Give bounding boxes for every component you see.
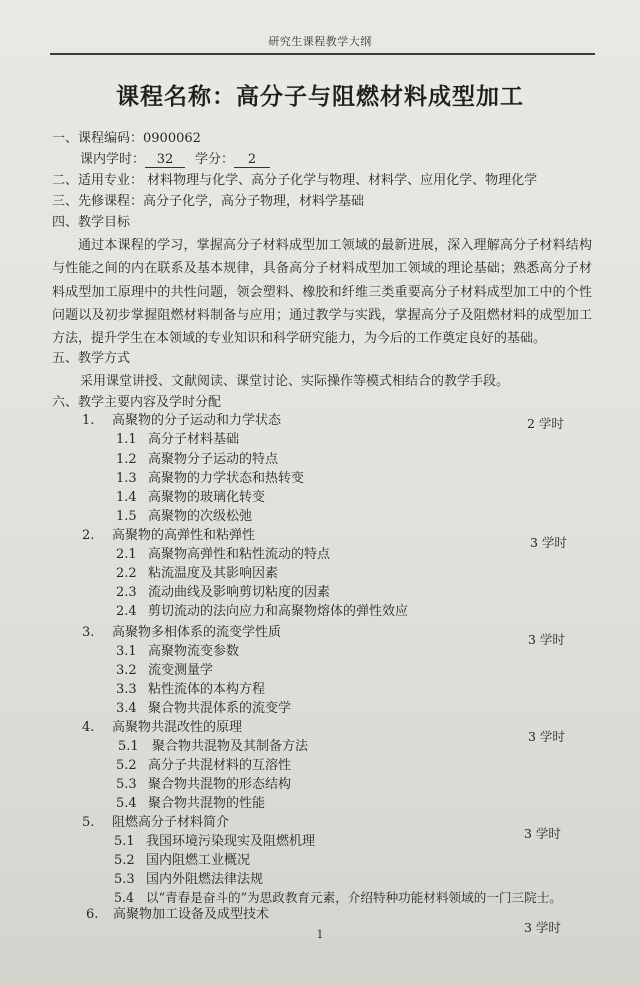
sub-title: 高聚物的力学状态和热转变 xyxy=(148,471,304,486)
chapter-hours: 3 学时 xyxy=(528,727,565,745)
sub-number: 5.4 xyxy=(116,795,148,813)
chapter-heading: 5.阻燃高分子材料简介 xyxy=(82,814,229,832)
majors-line: 二、适用专业： 材料物理与化学、高分子化学与物理、材料学、应用化学、物理化学 xyxy=(52,172,537,190)
sub-title: 高聚物的次级松弛 xyxy=(148,509,252,524)
sub-item: 1.1高分子材料基础 xyxy=(116,431,239,449)
chapter-title: 高聚物加工设备及成型技术 xyxy=(113,907,269,922)
sub-item: 1.5高聚物的次级松弛 xyxy=(116,508,252,526)
chapter-number: 4. xyxy=(82,719,112,737)
sub-item: 5.4以“青春是奋斗的”为思政教育元素，介绍特种功能材料领域的一门三院士。 xyxy=(114,889,562,907)
sub-title: 聚合物共混体系的流变学 xyxy=(148,701,291,716)
sub-title: 国内阻燃工业概况 xyxy=(146,853,250,868)
sub-number: 5.1 xyxy=(114,833,146,851)
header-rule xyxy=(50,53,595,55)
chapter-heading: 6.高聚物加工设备及成型技术 xyxy=(86,906,269,924)
sub-title: 以“青春是奋斗的”为思政教育元素，介绍特种功能材料领域的一门三院士。 xyxy=(146,890,562,905)
sub-title: 高聚物分子运动的特点 xyxy=(148,452,278,467)
chapter-title: 高聚物的高弹性和粘弹性 xyxy=(112,528,255,543)
sub-item: 2.4剪切流动的法向应力和高聚物熔体的弹性效应 xyxy=(116,603,408,621)
chapter-hours: 3 学时 xyxy=(528,630,565,648)
sub-title: 粘流温度及其影响因素 xyxy=(148,566,278,581)
methods-text: 采用课堂讲授、文献阅读、课堂讨论、实际操作等模式相结合的教学手段。 xyxy=(80,373,509,391)
document-page: 研究生课程教学大纲 课程名称：高分子与阻燃材料成型加工 一、课程编码：09000… xyxy=(0,0,640,986)
chapter-number: 6. xyxy=(86,906,113,924)
sub-item: 2.3流动曲线及影响剪切粘度的因素 xyxy=(116,584,330,602)
course-code-value: 0900062 xyxy=(143,131,201,146)
chapter-number: 5. xyxy=(82,814,112,832)
majors-label: 二、适用专业： xyxy=(52,173,143,188)
sub-item: 3.4聚合物共混体系的流变学 xyxy=(116,700,291,718)
sub-item: 5.4聚合物共混物的性能 xyxy=(116,795,265,813)
chapter-title: 高聚物共混改性的原理 xyxy=(112,720,242,735)
sub-title: 我国环境污染现实及阻燃机理 xyxy=(146,834,315,849)
sub-item: 1.2高聚物分子运动的特点 xyxy=(116,451,278,469)
sub-item: 5.2国内阻燃工业概况 xyxy=(114,852,250,870)
chapter-heading: 3.高聚物多相体系的流变学性质 xyxy=(82,624,281,642)
course-code-line: 一、课程编码：0900062 xyxy=(52,130,201,148)
sub-number: 5.2 xyxy=(114,852,146,870)
sub-number: 5.1 xyxy=(118,738,152,756)
sub-title: 高聚物流变参数 xyxy=(148,644,239,659)
sub-title: 流变测量学 xyxy=(148,663,213,678)
chapter-hours: 3 学时 xyxy=(524,824,561,842)
prereq-value: 高分子化学，高分子物理，材料学基础 xyxy=(143,194,364,209)
objectives-heading: 四、教学目标 xyxy=(52,214,130,232)
sub-number: 1.5 xyxy=(116,508,148,526)
sub-number: 1.3 xyxy=(116,470,148,488)
chapter-title: 阻燃高分子材料简介 xyxy=(112,815,229,830)
sub-title: 流动曲线及影响剪切粘度的因素 xyxy=(148,585,330,600)
sub-item: 2.1高聚物高弹性和粘性流动的特点 xyxy=(116,546,330,564)
sub-title: 高聚物的玻璃化转变 xyxy=(148,490,265,505)
sub-number: 3.3 xyxy=(116,681,148,699)
content-heading: 六、教学主要内容及学时分配 xyxy=(52,394,221,412)
sub-item: 3.2流变测量学 xyxy=(116,662,213,680)
sub-item: 5.3国内外阻燃法律法规 xyxy=(114,871,263,889)
course-title: 课程名称：高分子与阻燃材料成型加工 xyxy=(0,78,640,111)
course-code-label: 一、课程编码： xyxy=(52,131,143,146)
sub-item: 5.3聚合物共混物的形态结构 xyxy=(116,776,291,794)
sub-title: 聚合物共混物的形态结构 xyxy=(148,777,291,792)
chapter-hours: 3 学时 xyxy=(530,533,567,551)
sub-number: 3.1 xyxy=(116,643,148,661)
sub-item: 5.2高分子共混材料的互溶性 xyxy=(116,757,291,775)
sub-title: 国内外阻燃法律法规 xyxy=(146,872,263,887)
sub-title: 剪切流动的法向应力和高聚物熔体的弹性效应 xyxy=(148,604,408,619)
sub-title: 高聚物高弹性和粘性流动的特点 xyxy=(148,547,330,562)
sub-number: 5.3 xyxy=(114,871,146,889)
sub-number: 3.2 xyxy=(116,662,148,680)
sub-item: 3.3粘性流体的本构方程 xyxy=(116,681,265,699)
hours-credit-line: 课内学时：32学分：2 xyxy=(80,151,270,169)
sub-title: 聚合物共混物及其制备方法 xyxy=(152,739,308,754)
sub-number: 3.4 xyxy=(116,700,148,718)
chapter-number: 1. xyxy=(82,412,112,430)
sub-number: 1.4 xyxy=(116,489,148,507)
chapter-number: 3. xyxy=(82,624,112,642)
sub-number: 5.2 xyxy=(116,757,148,775)
sub-item: 5.1聚合物共混物及其制备方法 xyxy=(118,738,308,756)
sub-title: 聚合物共混物的性能 xyxy=(148,796,265,811)
chapter-title: 高聚物的分子运动和力学状态 xyxy=(112,413,281,428)
page-number: 1 xyxy=(0,928,640,941)
running-header: 研究生课程教学大纲 xyxy=(0,33,640,49)
sub-number: 2.2 xyxy=(116,565,148,583)
chapter-title: 高聚物多相体系的流变学性质 xyxy=(112,625,281,640)
sub-number: 5.3 xyxy=(116,776,148,794)
prereq-line: 三、先修课程：高分子化学，高分子物理，材料学基础 xyxy=(52,193,364,211)
chapter-heading: 1.高聚物的分子运动和力学状态 xyxy=(82,412,281,430)
sub-title: 高分子共混材料的互溶性 xyxy=(148,758,291,773)
sub-number: 1.2 xyxy=(116,451,148,469)
sub-item: 1.3高聚物的力学状态和热转变 xyxy=(116,470,304,488)
sub-number: 2.4 xyxy=(116,603,148,621)
chapter-heading: 2.高聚物的高弹性和粘弹性 xyxy=(82,527,255,545)
chapter-heading: 4.高聚物共混改性的原理 xyxy=(82,719,242,737)
sub-item: 3.1高聚物流变参数 xyxy=(116,643,239,661)
sub-number: 5.4 xyxy=(114,889,146,907)
sub-number: 2.1 xyxy=(116,546,148,564)
prereq-label: 三、先修课程： xyxy=(52,194,143,209)
chapter-hours: 2 学时 xyxy=(527,414,564,432)
methods-heading: 五、教学方式 xyxy=(52,350,130,368)
majors-value: 材料物理与化学、高分子化学与物理、材料学、应用化学、物理化学 xyxy=(147,173,537,188)
credit-label: 学分： xyxy=(195,152,234,167)
sub-item: 2.2粘流温度及其影响因素 xyxy=(116,565,278,583)
chapter-number: 2. xyxy=(82,527,112,545)
objectives-paragraph: 通过本课程的学习，掌握高分子材料成型加工领域的最新进展，深入理解高分子材料结构与… xyxy=(52,234,592,350)
sub-number: 1.1 xyxy=(116,431,148,449)
sub-item: 1.4高聚物的玻璃化转变 xyxy=(116,489,265,507)
credit-value: 2 xyxy=(234,152,270,168)
sub-number: 2.3 xyxy=(116,584,148,602)
sub-item: 5.1我国环境污染现实及阻燃机理 xyxy=(114,833,315,851)
sub-title: 高分子材料基础 xyxy=(148,432,239,447)
hours-label: 课内学时： xyxy=(80,152,145,167)
hours-value: 32 xyxy=(145,152,185,168)
sub-title: 粘性流体的本构方程 xyxy=(148,682,265,697)
